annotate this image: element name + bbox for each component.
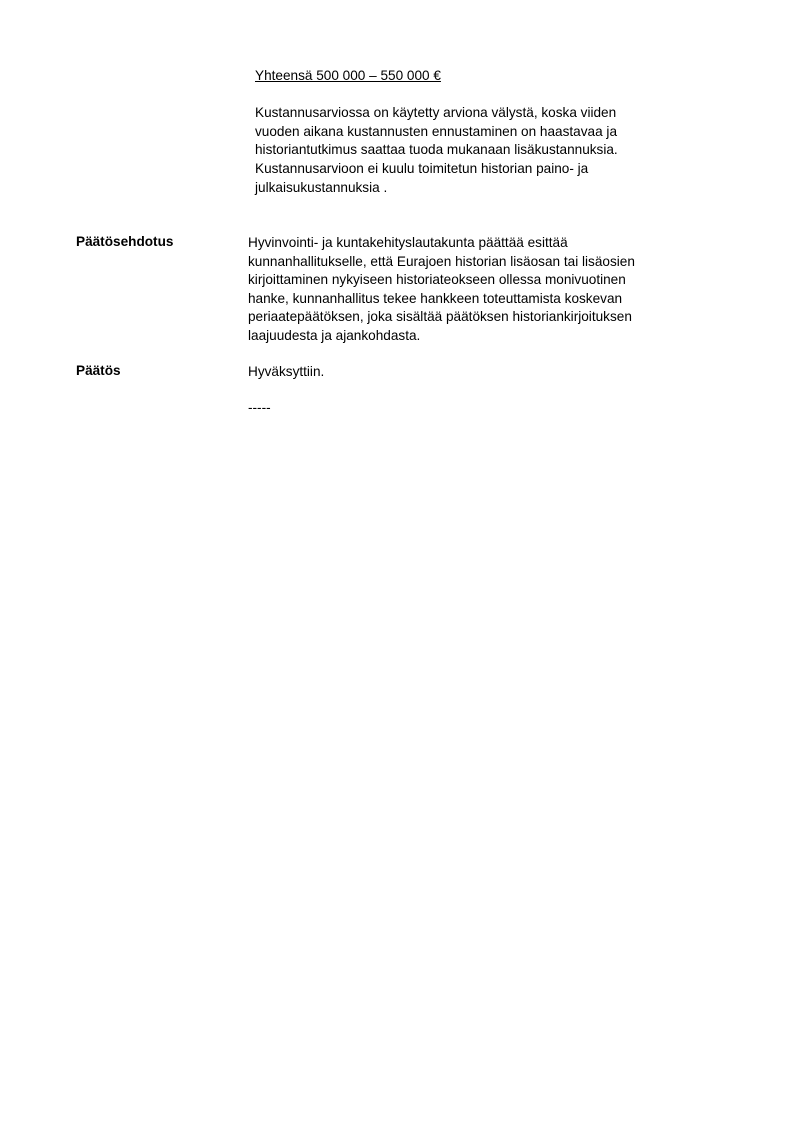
proposal-label: Päätösehdotus [76,234,173,249]
cost-total: Yhteensä 500 000 – 550 000 € [255,68,441,83]
section-separator: ----- [248,400,271,415]
proposal-text: Hyvinvointi- ja kuntakehityslautakunta p… [248,234,635,345]
cost-note-line: historiantutkimus saattaa tuoda mukanaan… [255,141,618,160]
cost-note-line: julkaisukustannuksia . [255,179,618,198]
proposal-line: kunnanhallitukselle, että Eurajoen histo… [248,253,635,272]
decision-text: Hyväksyttiin. [248,363,324,382]
proposal-line: Hyvinvointi- ja kuntakehityslautakunta p… [248,234,635,253]
cost-note-line: Kustannusarvioon ei kuulu toimitetun his… [255,160,618,179]
decision-label: Päätös [76,363,121,378]
cost-note: Kustannusarviossa on käytetty arviona vä… [255,104,618,198]
proposal-line: periaatepäätöksen, joka sisältää päätöks… [248,308,635,327]
proposal-line: kirjoittaminen nykyiseen historiateoksee… [248,271,635,290]
proposal-line: hanke, kunnanhallitus tekee hankkeen tot… [248,290,635,309]
proposal-line: laajuudesta ja ajankohdasta. [248,327,635,346]
cost-note-line: vuoden aikana kustannusten ennustaminen … [255,123,618,142]
cost-note-line: Kustannusarviossa on käytetty arviona vä… [255,104,618,123]
